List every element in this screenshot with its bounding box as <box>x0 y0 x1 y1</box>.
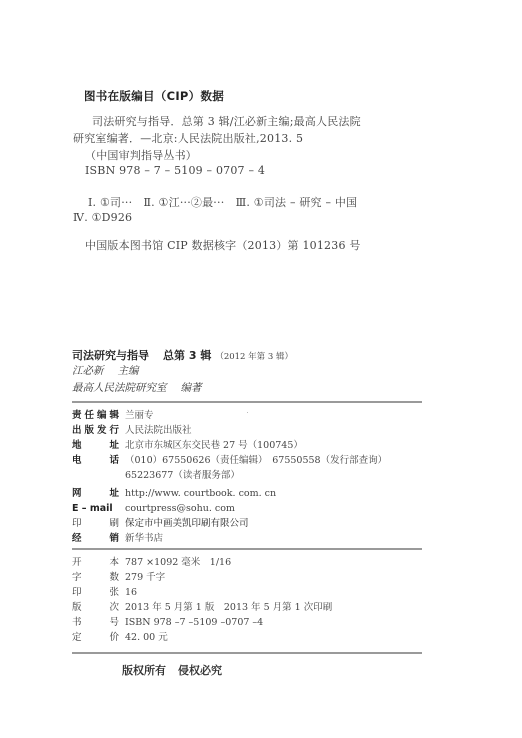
compiler-line: 最高人民法院研究室编著 <box>72 380 202 395</box>
info-value: （010）67550626（责任编辑） 67550558（发行部查询） <box>125 454 387 467</box>
info-label: E – mail <box>72 502 119 515</box>
cip-series: （中国审判指导丛书） <box>85 147 197 163</box>
copyright-notice: 版权所有侵权必究 <box>122 662 222 678</box>
info-label: 版 次 <box>72 601 119 614</box>
info-label: 定 价 <box>72 631 119 644</box>
cip-classification-2: Ⅳ. ①D926 <box>73 211 132 224</box>
info-value: ISBN 978 –7 –5109 –0707 –4 <box>125 616 263 629</box>
info-row-printer: 印 刷保定市中画美凯印刷有限公司 <box>72 517 249 530</box>
divider-bottom <box>72 652 422 654</box>
info-label: 字 数 <box>72 571 119 584</box>
cip-isbn: ISBN 978 – 7 – 5109 – 0707 – 4 <box>85 164 265 177</box>
info-row-sheets: 印 张16 <box>72 586 137 599</box>
compiler-name: 最高人民法院研究室 <box>72 382 167 394</box>
info-label: 出版发行 <box>72 424 119 437</box>
info-row-format: 开 本787 ×1092 毫米 1/16 <box>72 556 231 569</box>
book-volume-sub: （2012 年第 3 辑） <box>215 352 293 362</box>
cip-heading: 图书在版编目（CIP）数据 <box>84 88 224 104</box>
info-value: 2013 年 5 月第 1 版 2013 年 5 月第 1 次印刷 <box>125 601 332 614</box>
divider-middle <box>72 548 422 550</box>
copyright-page: 图书在版编目（CIP）数据 司法研究与指导．总第 3 辑/江必新主编;最高人民法… <box>0 0 522 738</box>
info-label: 开 本 <box>72 556 119 569</box>
info-row-isbn: 书 号ISBN 978 –7 –5109 –0707 –4 <box>72 616 263 629</box>
chief-editor-role: 主编 <box>118 365 139 377</box>
info-label: 印 张 <box>72 586 119 599</box>
copyright-infringement: 侵权必究 <box>178 664 222 677</box>
info-label: 书 号 <box>72 616 119 629</box>
info-label: 经 销 <box>72 532 119 545</box>
info-value: 16 <box>125 586 137 599</box>
cip-verification-number: 中国版本图书馆 CIP 数据核字（2013）第 101236 号 <box>85 237 361 253</box>
compiler-role: 编著 <box>181 382 202 394</box>
info-label: 责任编辑 <box>72 409 119 422</box>
chief-editor-line: 江必新主编 <box>72 363 139 378</box>
copyright-all-rights: 版权所有 <box>122 664 166 677</box>
info-label: 网 址 <box>72 487 119 500</box>
info-value: 保定市中画美凯印刷有限公司 <box>125 517 249 530</box>
chief-editor-name: 江必新 <box>72 365 104 377</box>
website-link[interactable]: http://www. courtbook. com. cn <box>125 487 276 500</box>
cip-line-1: 司法研究与指导．总第 3 辑/江必新主编;最高人民法院 <box>92 113 361 129</box>
book-title: 司法研究与指导 <box>72 349 149 362</box>
info-label: 地 址 <box>72 439 119 452</box>
cip-line-2: 研究室编著．—北京:人民法院出版社,2013. 5 <box>73 130 303 146</box>
info-value: 42. 00 元 <box>125 631 168 644</box>
info-row-distributor: 经 销新华书店 <box>72 532 163 545</box>
info-value: 787 ×1092 毫米 1/16 <box>125 556 231 569</box>
info-value: 兰丽专 <box>125 409 154 422</box>
info-row-word-count: 字 数279 千字 <box>72 571 165 584</box>
info-row-phone-2: 65223677（读者服务部） <box>72 469 240 482</box>
info-value: 人民法院出版社 <box>125 424 192 437</box>
info-row-price: 定 价42. 00 元 <box>72 631 168 644</box>
print-speck <box>247 412 248 413</box>
info-row-publisher: 出版发行人民法院出版社 <box>72 424 192 437</box>
info-value: 65223677（读者服务部） <box>125 469 240 482</box>
info-row-website: 网 址http://www. courtbook. com. cn <box>72 487 276 500</box>
book-volume: 总第 3 辑 <box>163 349 211 362</box>
divider-top <box>72 401 422 403</box>
info-row-edition: 版 次2013 年 5 月第 1 版 2013 年 5 月第 1 次印刷 <box>72 601 332 614</box>
email-link[interactable]: courtpress@sohu. com <box>125 502 235 515</box>
info-row-editor: 责任编辑兰丽专 <box>72 409 154 422</box>
info-label: 电 话 <box>72 454 119 467</box>
info-row-email: E – mailcourtpress@sohu. com <box>72 502 235 515</box>
info-value: 279 千字 <box>125 571 165 584</box>
info-label: 印 刷 <box>72 517 119 530</box>
info-value: 北京市东城区东交民巷 27 号（100745） <box>125 439 303 452</box>
info-row-phone: 电 话（010）67550626（责任编辑） 67550558（发行部查询） <box>72 454 387 467</box>
info-row-address: 地 址北京市东城区东交民巷 27 号（100745） <box>72 439 303 452</box>
info-value: 新华书店 <box>125 532 163 545</box>
book-title-line: 司法研究与指导总第 3 辑（2012 年第 3 辑） <box>72 347 293 363</box>
cip-classification-1: Ⅰ. ①司··· Ⅱ. ①江···②最··· Ⅲ. ①司法 – 研究 – 中国 <box>88 194 357 210</box>
